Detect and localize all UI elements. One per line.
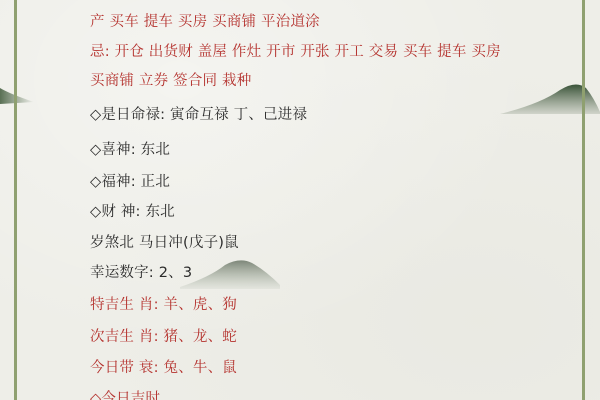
inauspicious-activities-line: 忌: 开仓 出货财 盖屋 作灶 开市 开张 开工 交易 买车 提车 买房 bbox=[90, 43, 501, 61]
joy-god-direction: ◇喜神: 东北 bbox=[90, 141, 170, 159]
wealth-god-direction: ◇财 神: 东北 bbox=[90, 203, 175, 221]
mountain-center-icon bbox=[180, 255, 290, 295]
lucky-hours-heading: ◇今日吉时 bbox=[90, 390, 160, 400]
good-zodiac-line: 次吉生 肖: 猪、龙、蛇 bbox=[90, 328, 237, 346]
left-border-line bbox=[14, 0, 17, 400]
right-border-line bbox=[582, 0, 585, 400]
lucky-numbers: 幸运数字: 2、3 bbox=[90, 264, 192, 282]
best-zodiac-line: 特吉生 肖: 羊、虎、狗 bbox=[90, 296, 237, 314]
auspicious-activities-line: 产 买车 提车 买房 买商铺 平治道涂 bbox=[90, 13, 320, 31]
blessing-god-direction: ◇福神: 正北 bbox=[90, 173, 170, 191]
unlucky-zodiac-line: 今日带 衰: 兔、牛、鼠 bbox=[90, 359, 237, 377]
clash-line: 岁煞北 马日冲(戊子)鼠 bbox=[90, 234, 239, 252]
mountain-left-icon bbox=[0, 80, 40, 120]
inauspicious-activities-line-2: 买商铺 立券 签合同 栽种 bbox=[90, 72, 251, 90]
daily-fortune-line: ◇是日命禄: 寅命互禄 丁、己进禄 bbox=[90, 106, 307, 124]
